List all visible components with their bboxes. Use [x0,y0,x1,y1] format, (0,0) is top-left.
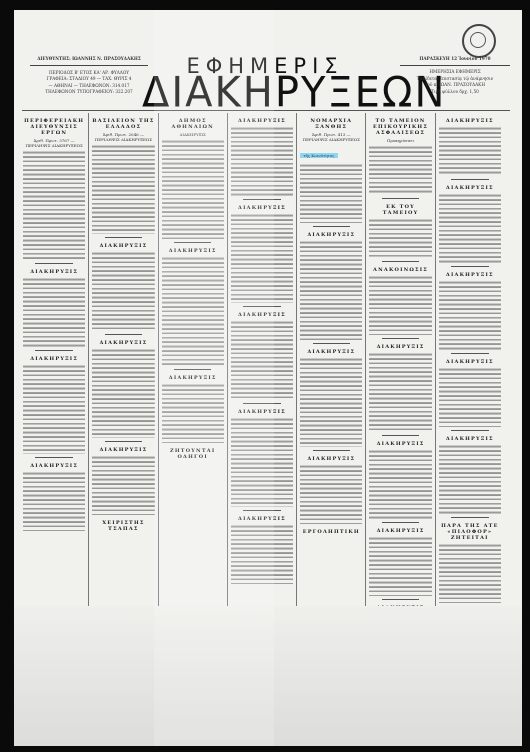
column-heading: ΤΟ ΤΑΜΕΙΟΝ ΕΠΙΚΟΥΡΙΚΗΣ ΑΣΦΑΛΙΣΕΩΣ [369,118,431,136]
section-heading: ΕΚ ΤΟΥ ΤΑΜΕΙΟΥ [369,204,431,216]
section-heading: ΔΙΑΚΗΡΥΞΙΣ [369,344,431,350]
body-text [23,277,85,347]
article-columns: ΠΕΡΙΦΕΡΕΙΑΚΗ ΔΙΕΥΘΥΝΣΙΣ ΕΡΓΩΝἈριθ. Πρωτ.… [20,113,504,613]
section-divider [174,242,211,243]
column-2: ΒΑΣΙΛΕΙΟΝ ΤΗΣ ΕΛΛΑΔΟΣἈριθ. Πρωτ. 2046 — … [89,113,158,613]
section-heading: ΔΙΑΚΗΡΥΞΙΣ [92,340,154,346]
director-line: ΔΙΕΥΘΥΝΤΗΣ: ΙΩΑΝΝΗΣ Ν. ΠΡΑΣΟΥΔΑΚΗΣ [30,56,148,66]
body-text [23,150,85,260]
section-divider [243,199,280,200]
section-divider [382,435,419,436]
section-heading: ΔΙΑΚΗΡΥΞΙΣ [439,272,501,278]
section-divider [313,226,350,227]
section-divider [382,522,419,523]
section-divider [451,179,488,180]
section-heading: ΔΙΑΚΗΡΥΞΙΣ [23,356,85,362]
body-text [439,280,501,350]
page-bottom-margin [14,606,522,746]
column-4: ΔΙΑΚΗΡΥΞΙΣΔΙΑΚΗΡΥΞΙΣΔΙΑΚΗΡΥΞΙΣΔΙΑΚΗΡΥΞΙΣ… [228,113,297,613]
section-heading: ΔΙΑΚΗΡΥΞΙΣ [439,359,501,365]
section-divider [174,369,211,370]
body-text [369,536,431,596]
section-heading: ΔΙΑΚΗΡΥΞΙΣ [369,528,431,534]
body-text [231,320,293,400]
body-text [439,193,501,263]
body-text [439,126,501,176]
info-line: ΓΡΑΦΕΙΑ: ΣΤΑΔΙΟΥ 49 — ΤΑΧ. ΘΥΡΙΣ 4 [30,76,148,82]
body-text [300,357,362,447]
section-divider [105,334,142,335]
seal-emblem-icon [462,24,496,58]
masthead-right-info: ΠΑΡΑΣΚΕΥΗ 12 Ἰουνίου 1970 ΗΜΕΡΗΣΙΑ ΕΦΗΜΕ… [400,56,510,95]
column-subheading: Ἀριθ. Πρωτ. 3767 — ΠΕΡΙΛΗΨΙΣ ΔΙΑΚΗΡΥΞΕΩΣ [23,138,85,148]
section-divider [451,353,488,354]
section-divider [243,403,280,404]
section-divider [382,261,419,262]
body-text [439,367,501,427]
column-heading: ΠΕΡΙΦΕΡΕΙΑΚΗ ΔΙΕΥΘΥΝΣΙΣ ΕΡΓΩΝ [23,118,85,136]
body-text [162,383,224,443]
body-text [369,449,431,519]
newspaper-page: ΔΙΕΥΘΥΝΤΗΣ: ΙΩΑΝΝΗΣ Ν. ΠΡΑΣΟΥΔΑΚΗΣ ΠΕΡΙΟ… [14,10,522,746]
section-heading: ΔΙΑΚΗΡΥΞΙΣ [300,456,362,462]
body-text [369,275,431,335]
column-heading: ΔΙΑΚΗΡΥΞΙΣ [231,118,293,124]
body-text [300,240,362,340]
section-divider [35,350,72,351]
section-heading: ΔΙΑΚΗΡΥΞΙΣ [231,205,293,211]
section-heading: ΔΙΑΚΗΡΥΞΙΣ [23,463,85,469]
column-7: ΔΙΑΚΗΡΥΞΙΣΔΙΑΚΗΡΥΞΙΣΔΙΑΚΗΡΥΞΙΣΔΙΑΚΗΡΥΞΙΣ… [436,113,504,613]
column-3: ΔΗΜΟΣ ΑΘΗΝΑΙΩΝΔΙΑΚΗΡΥΞΙΣΔΙΑΚΗΡΥΞΙΣΔΙΑΚΗΡ… [159,113,228,613]
body-text [369,218,431,258]
footer-heading: ΖΗΤΟΥΝΤΑΙ ΟΔΗΓΟΙ [162,448,224,460]
header-divider [22,110,510,111]
section-heading: ΔΙΑΚΗΡΥΞΙΣ [231,516,293,522]
column-6: ΤΟ ΤΑΜΕΙΟΝ ΕΠΙΚΟΥΡΙΚΗΣ ΑΣΦΑΛΙΣΕΩΣΠροκηρύ… [366,113,435,613]
body-text [369,145,431,195]
section-heading: ΔΙΑΚΗΡΥΞΙΣ [439,185,501,191]
footer-heading: ΧΕΙΡΙΣΤΗΣ ΤΣΑΠΑΣ [92,520,154,532]
section-heading: ΔΙΑΚΗΡΥΞΙΣ [231,312,293,318]
column-heading: ΔΙΑΚΗΡΥΞΙΣ [439,118,501,124]
body-text [92,251,154,331]
highlighted-text: τῆς Κοινότητος [300,153,337,158]
body-text [23,471,85,531]
section-divider [382,198,419,199]
body-text [439,543,501,603]
section-divider [451,266,488,267]
section-heading: ΔΙΑΚΗΡΥΞΙΣ [162,248,224,254]
section-divider [35,457,72,458]
footer-heading: ΕΡΓΟΛΗΠΤΙΚΗ [300,529,362,535]
body-text [92,455,154,515]
section-heading: ΔΙΑΚΗΡΥΞΙΣ [92,447,154,453]
section-heading: ΠΑΡΑ ΤΗΣ ΑΤΕ «ΠΙΛΟΦΟΡ» ΖΗΤΕΙΤΑΙ [439,523,501,541]
section-divider [105,237,142,238]
body-text [231,524,293,584]
body-text [92,144,154,234]
body-text [439,444,501,514]
section-heading: ΔΙΑΚΗΡΥΞΙΣ [92,243,154,249]
section-divider [451,430,488,431]
body-text [23,364,85,454]
body-text [369,352,431,432]
price-line: Τιμὴ φύλλου δρχ. 1,50 [400,89,510,95]
body-text [162,139,224,239]
section-heading: ΑΝΑΚΟΙΝΩΣΙΣ [369,267,431,273]
section-divider [313,450,350,451]
column-5: ΝΟΜΑΡΧΙΑ ΞΑΝΘΗΣἈριθ. Πρωτ. 413 — ΠΕΡΙΛΗΨ… [297,113,366,613]
column-heading: ΝΟΜΑΡΧΙΑ ΞΑΝΘΗΣ [300,118,362,130]
section-divider [451,517,488,518]
body-text [231,213,293,303]
section-divider [313,343,350,344]
issue-date: ΠΑΡΑΣΚΕΥΗ 12 Ἰουνίου 1970 [400,56,510,66]
section-divider [35,263,72,264]
body-text [300,464,362,524]
body-text [92,348,154,438]
info-line: ΤΗΛΕΦΩΝΟΝ ΤΥΠΟΓΡΑΦΕΙΟΥ: 322.207 [30,89,148,95]
section-divider [382,338,419,339]
column-subheading: Ἀριθ. Πρωτ. 413 — ΠΕΡΙΛΗΨΙΣ ΔΙΑΚΗΡΥΞΕΩΣ [300,132,362,142]
section-heading: ΔΙΑΚΗΡΥΞΙΣ [300,349,362,355]
column-heading: ΒΑΣΙΛΕΙΟΝ ΤΗΣ ΕΛΛΑΔΟΣ [92,118,154,130]
body-text [231,417,293,507]
body-text [162,256,224,366]
column-subheading: ΔΙΑΚΗΡΥΞΙΣ [162,132,224,137]
section-divider [243,510,280,511]
section-divider [243,306,280,307]
section-heading: ΔΙΑΚΗΡΥΞΙΣ [369,441,431,447]
section-heading: ΔΙΑΚΗΡΥΞΙΣ [231,409,293,415]
column-1: ΠΕΡΙΦΕΡΕΙΑΚΗ ΔΙΕΥΘΥΝΣΙΣ ΕΡΓΩΝἈριθ. Πρωτ.… [20,113,89,613]
column-subheading: Προκηρύσσει [369,138,431,143]
section-divider [382,599,419,600]
section-heading: ΔΙΑΚΗΡΥΞΙΣ [23,269,85,275]
column-subheading: Ἀριθ. Πρωτ. 2046 — ΠΕΡΙΛΗΨΙΣ ΔΙΑΚΗΡΥΞΕΩΣ [92,132,154,142]
section-heading: ΔΙΑΚΗΡΥΞΙΣ [439,436,501,442]
body-text [231,126,293,196]
masthead-left-info: ΔΙΕΥΘΥΝΤΗΣ: ΙΩΑΝΝΗΣ Ν. ΠΡΑΣΟΥΔΑΚΗΣ ΠΕΡΙΟ… [30,56,148,95]
column-heading: ΔΗΜΟΣ ΑΘΗΝΑΙΩΝ [162,118,224,130]
section-divider [105,441,142,442]
section-heading: ΔΙΑΚΗΡΥΞΙΣ [300,232,362,238]
body-text [300,163,362,223]
section-heading: ΔΙΑΚΗΡΥΞΙΣ [162,375,224,381]
